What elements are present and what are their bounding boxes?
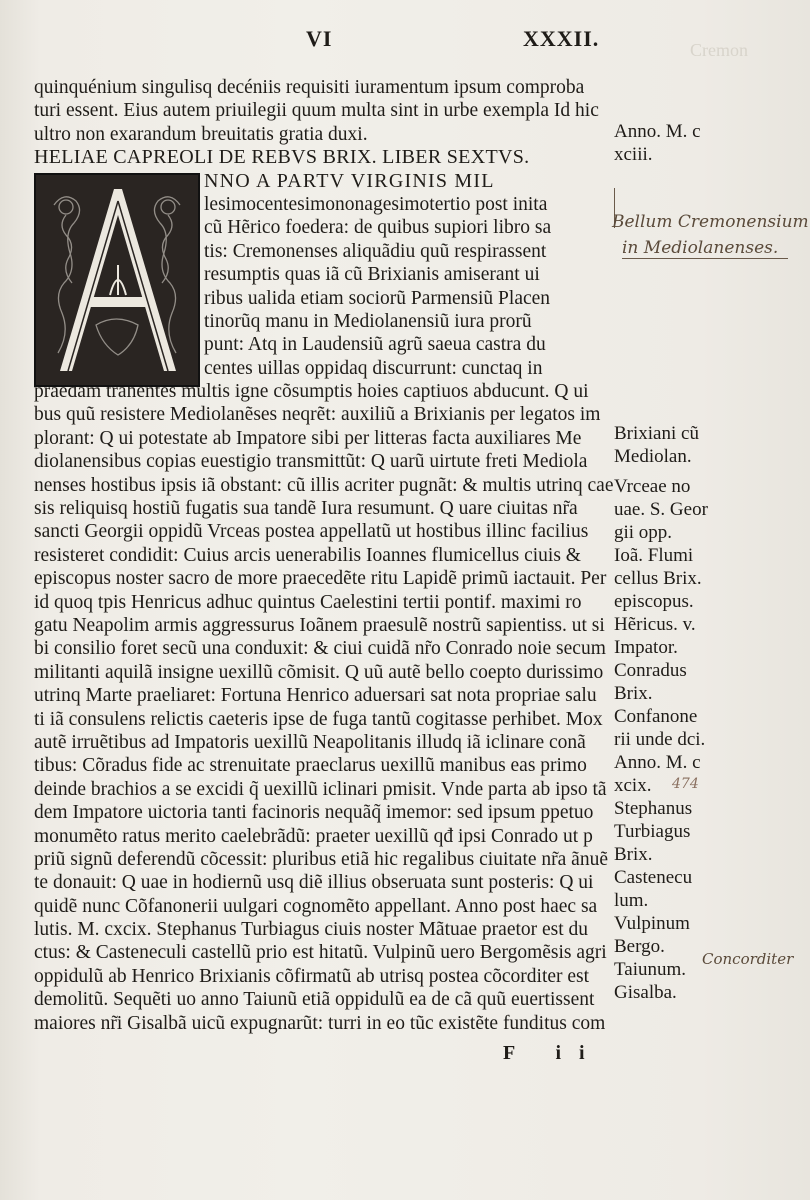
sidenote: Brix. — [614, 682, 653, 705]
text-line: plorant: Q ui potestate ab Impatore sibi… — [34, 427, 604, 450]
text-line: gatu Neapolim armis aggressurus Ioãnem p… — [34, 614, 604, 637]
sidenote: Bergo. — [614, 935, 665, 958]
sidenote: gii opp. — [614, 521, 672, 544]
signature-mark: F ii — [503, 1042, 603, 1065]
sidenote: Turbiagus — [614, 820, 690, 843]
text-line: monumẽto ratus merito caelebrãdũ: praete… — [34, 825, 604, 848]
decorated-letter-a-icon — [36, 175, 198, 385]
text-line: tibus: Cõradus fide ac strenuitate praec… — [34, 754, 604, 777]
sidenote: Brixiani cũ — [614, 422, 699, 445]
text-line: turi essent. Eius autem priuilegii quum … — [34, 99, 604, 122]
text-line: ctus: & Casteneculi castellũ prio est hi… — [34, 941, 604, 964]
text-line: militanti aquilã insigne uexillũ cõmisit… — [34, 661, 604, 684]
text-line: bi consilio foret secũ una conduxit: & c… — [34, 637, 604, 660]
sidenote: Hẽricus. v. — [614, 613, 696, 636]
text-line: bus quũ resistere Mediolanẽses neqrẽt: a… — [34, 403, 604, 426]
sidenote: Mediolan. — [614, 445, 692, 468]
text-line: deinde brachios a se excidi q̃ uexillũ i… — [34, 778, 604, 801]
text-line: ultro non exarandum breuitatis gratia du… — [34, 123, 604, 146]
sidenote: Confanone — [614, 705, 697, 728]
handwritten-number: 474 — [672, 776, 699, 792]
text-line: autẽ irruẽtibus ad Impatoris uexillũ Nea… — [34, 731, 604, 754]
text-line: quinquénium singulisq decéniis requisiti… — [34, 76, 604, 99]
sidenote: lum. — [614, 889, 648, 912]
sidenote: Brix. — [614, 843, 653, 866]
sidenote: Gisalba. — [614, 981, 677, 1004]
running-head-folio: XXXII. — [523, 26, 599, 52]
handwritten-annotation: Concorditer — [702, 950, 793, 968]
text-line: id quoq tpis Henricus adhuc quintus Cael… — [34, 591, 604, 614]
text-line: lutis. M. cxcix. Stephanus Turbiagus ciu… — [34, 918, 604, 941]
show-through-text: Cremon — [690, 40, 748, 61]
handwritten-annotation: in Mediolanenses. — [622, 238, 788, 259]
sidenote: Ioã. Flumi — [614, 544, 693, 567]
sidenote: Impator. — [614, 636, 678, 659]
sidenote: xcix. — [614, 774, 651, 797]
book-page: Cremon VI XXXII. quinquénium singulisq d… — [0, 0, 810, 1200]
sidenote: cellus Brix. — [614, 567, 702, 590]
sidenote: rii unde dci. — [614, 728, 705, 751]
text-line: maiores nr̃i Gisalbã uicũ expugnarũt: tu… — [34, 1012, 604, 1035]
sidenote: xciii. — [614, 143, 653, 166]
sidenote: uae. S. Geor — [614, 498, 708, 521]
handwritten-annotation: Bellum Cremonensium — [612, 212, 809, 232]
sidenote: Anno. M. c — [614, 120, 701, 143]
sidenote: Taiunum. — [614, 958, 686, 981]
text-line: demolitũ. Sequẽti uo anno Taiunũ etiã op… — [34, 988, 604, 1011]
text-line: episcopus noster sacro de more praecedẽt… — [34, 567, 604, 590]
text-line: nenses hostibus ipsis iã obstant: cũ ill… — [34, 474, 604, 497]
chapter-heading: HELIAE CAPREOLI DE REBVS BRIX. LIBER SEX… — [34, 146, 604, 169]
text-line: utrinq Marte praeliaret: Fortuna Henrico… — [34, 684, 604, 707]
text-line: quidẽ nunc Cõfanonerii uulgari cognomẽto… — [34, 895, 604, 918]
text-line: ti iã consulens relictis caeteris ipse d… — [34, 708, 604, 731]
text-line: oppidulũ ab Henrico Brixianis cõfirmatũ … — [34, 965, 604, 988]
woodcut-initial-a — [34, 173, 200, 387]
text-line: te donauit: Q uae in hodiernũ usq diẽ il… — [34, 871, 604, 894]
sidenote: Anno. M. c — [614, 751, 701, 774]
text-line: sis reliquisq hostiũ fugatis sua tandẽ I… — [34, 497, 604, 520]
text-line: sancti Georgii oppidũ Vrceas postea appe… — [34, 520, 604, 543]
text-line: priũ signũ deferendũ cõcessit: pluribus … — [34, 848, 604, 871]
text-line: resisteret condidit: Cuius arcis uenerab… — [34, 544, 604, 567]
sidenote: Vrceae no — [614, 475, 690, 498]
sidenote: episcopus. — [614, 590, 694, 613]
sidenote: Stephanus — [614, 797, 692, 820]
sidenote: Conradus — [614, 659, 687, 682]
sidenote: Castenecu — [614, 866, 692, 889]
text-line: dem Impatore uictoria tanti facinoris ne… — [34, 801, 604, 824]
text-line: diolanensibus copias euestigio transmitt… — [34, 450, 604, 473]
running-head-book: VI — [306, 26, 332, 52]
sidenote: Vulpinum — [614, 912, 690, 935]
